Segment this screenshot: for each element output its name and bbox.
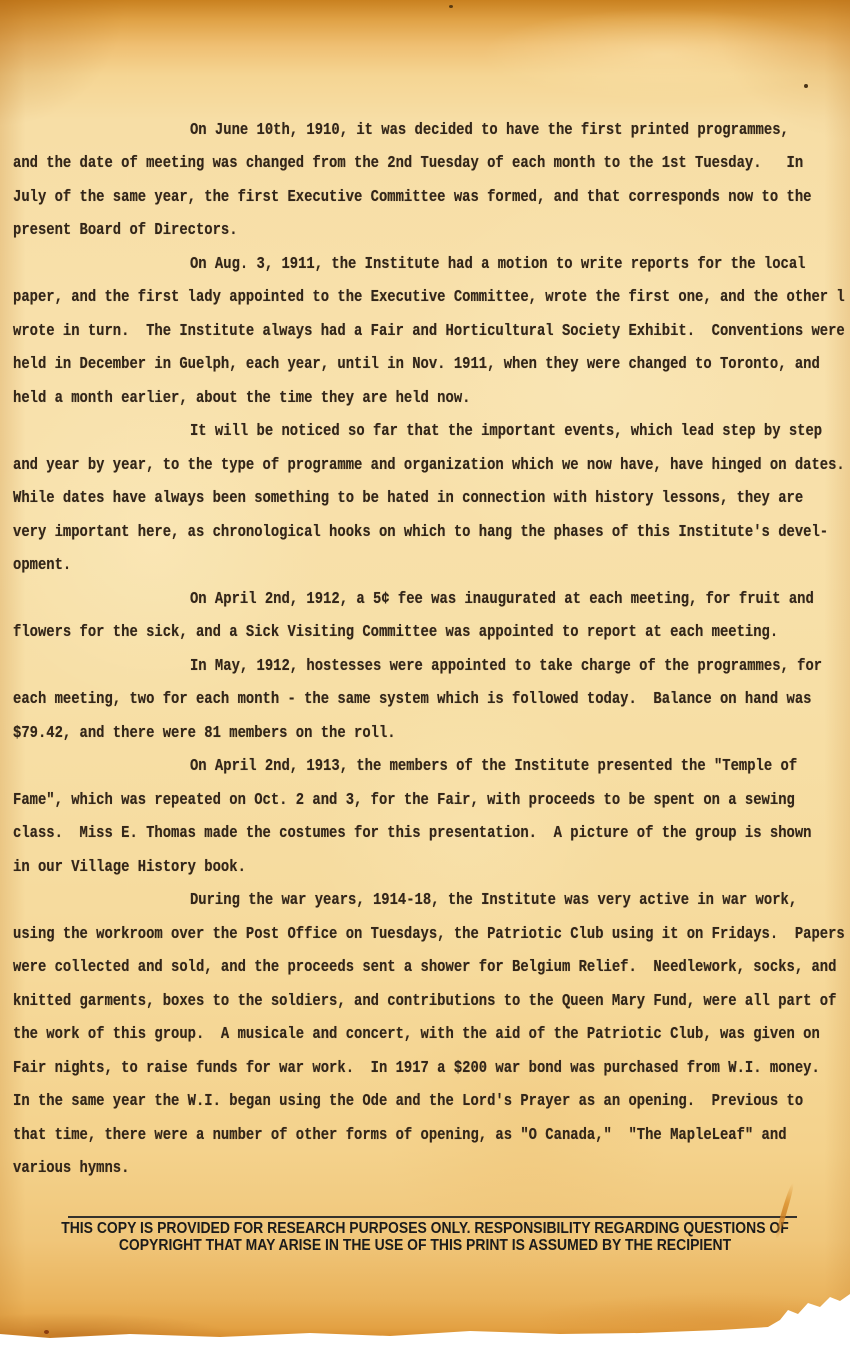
text-line: using the workroom over the Post Office … [13, 917, 716, 951]
text-line: opment. [13, 548, 716, 582]
copyright-line-2: COPYRIGHT THAT MAY ARISE IN THE USE OF T… [43, 1237, 808, 1254]
text-line: On April 2nd, 1913, the members of the I… [13, 749, 716, 783]
text-line: class. Miss E. Thomas made the costumes … [13, 816, 716, 850]
scanned-document: On June 10th, 1910, it was decided to ha… [0, 0, 850, 1349]
text-line: On Aug. 3, 1911, the Institute had a mot… [13, 247, 716, 281]
text-line: In the same year the W.I. began using th… [13, 1084, 716, 1118]
paragraph-4: On April 2nd, 1912, a 5¢ fee was inaugur… [13, 582, 850, 649]
text-line: Fair nights, to raise funds for war work… [13, 1051, 716, 1085]
paragraph-6: On April 2nd, 1913, the members of the I… [13, 749, 850, 883]
text-line: $79.42, and there were 81 members on the… [13, 716, 716, 750]
text-line: paper, and the first lady appointed to t… [13, 280, 716, 314]
text-line: In May, 1912, hostesses were appointed t… [13, 649, 716, 683]
text-line: During the war years, 1914-18, the Insti… [13, 883, 716, 917]
paper-speck [449, 5, 453, 8]
text-line: While dates have always been something t… [13, 481, 716, 515]
text-line: various hymns. [13, 1151, 716, 1185]
footer-divider [68, 1216, 797, 1218]
typewritten-text: On June 10th, 1910, it was decided to ha… [0, 0, 850, 1185]
text-line: It will be noticed so far that the impor… [13, 414, 716, 448]
text-line: Fame", which was repeated on Oct. 2 and … [13, 783, 716, 817]
paragraph-3: It will be noticed so far that the impor… [13, 414, 850, 582]
paragraph-5: In May, 1912, hostesses were appointed t… [13, 649, 850, 750]
text-line: in our Village History book. [13, 850, 716, 884]
text-line: were collected and sold, and the proceed… [13, 950, 716, 984]
copyright-footer: THIS COPY IS PROVIDED FOR RESEARCH PURPO… [0, 1216, 850, 1255]
text-line: July of the same year, the first Executi… [13, 180, 716, 214]
text-line: held a month earlier, about the time the… [13, 381, 716, 415]
paper-speck [804, 84, 808, 88]
text-line: and the date of meeting was changed from… [13, 146, 716, 180]
text-line: On April 2nd, 1912, a 5¢ fee was inaugur… [13, 582, 716, 616]
document-page: On June 10th, 1910, it was decided to ha… [0, 0, 850, 1349]
paragraph-2: On Aug. 3, 1911, the Institute had a mot… [13, 247, 850, 415]
paragraph-1: On June 10th, 1910, it was decided to ha… [13, 113, 850, 247]
text-line: the work of this group. A musicale and c… [13, 1017, 716, 1051]
paragraph-7: During the war years, 1914-18, the Insti… [13, 883, 850, 1185]
text-line: flowers for the sick, and a Sick Visitin… [13, 615, 716, 649]
text-line: knitted garments, boxes to the soldiers,… [13, 984, 716, 1018]
text-line: that time, there were a number of other … [13, 1118, 716, 1152]
text-line: each meeting, two for each month - the s… [13, 682, 716, 716]
text-line: On June 10th, 1910, it was decided to ha… [13, 113, 716, 147]
paper-speck [44, 1330, 49, 1334]
text-line: present Board of Directors. [13, 213, 716, 247]
text-line: held in December in Guelph, each year, u… [13, 347, 716, 381]
copyright-line-1: THIS COPY IS PROVIDED FOR RESEARCH PURPO… [43, 1220, 808, 1237]
text-line: and year by year, to the type of program… [13, 448, 716, 482]
text-line: very important here, as chronological ho… [13, 515, 716, 549]
text-line: wrote in turn. The Institute always had … [13, 314, 716, 348]
